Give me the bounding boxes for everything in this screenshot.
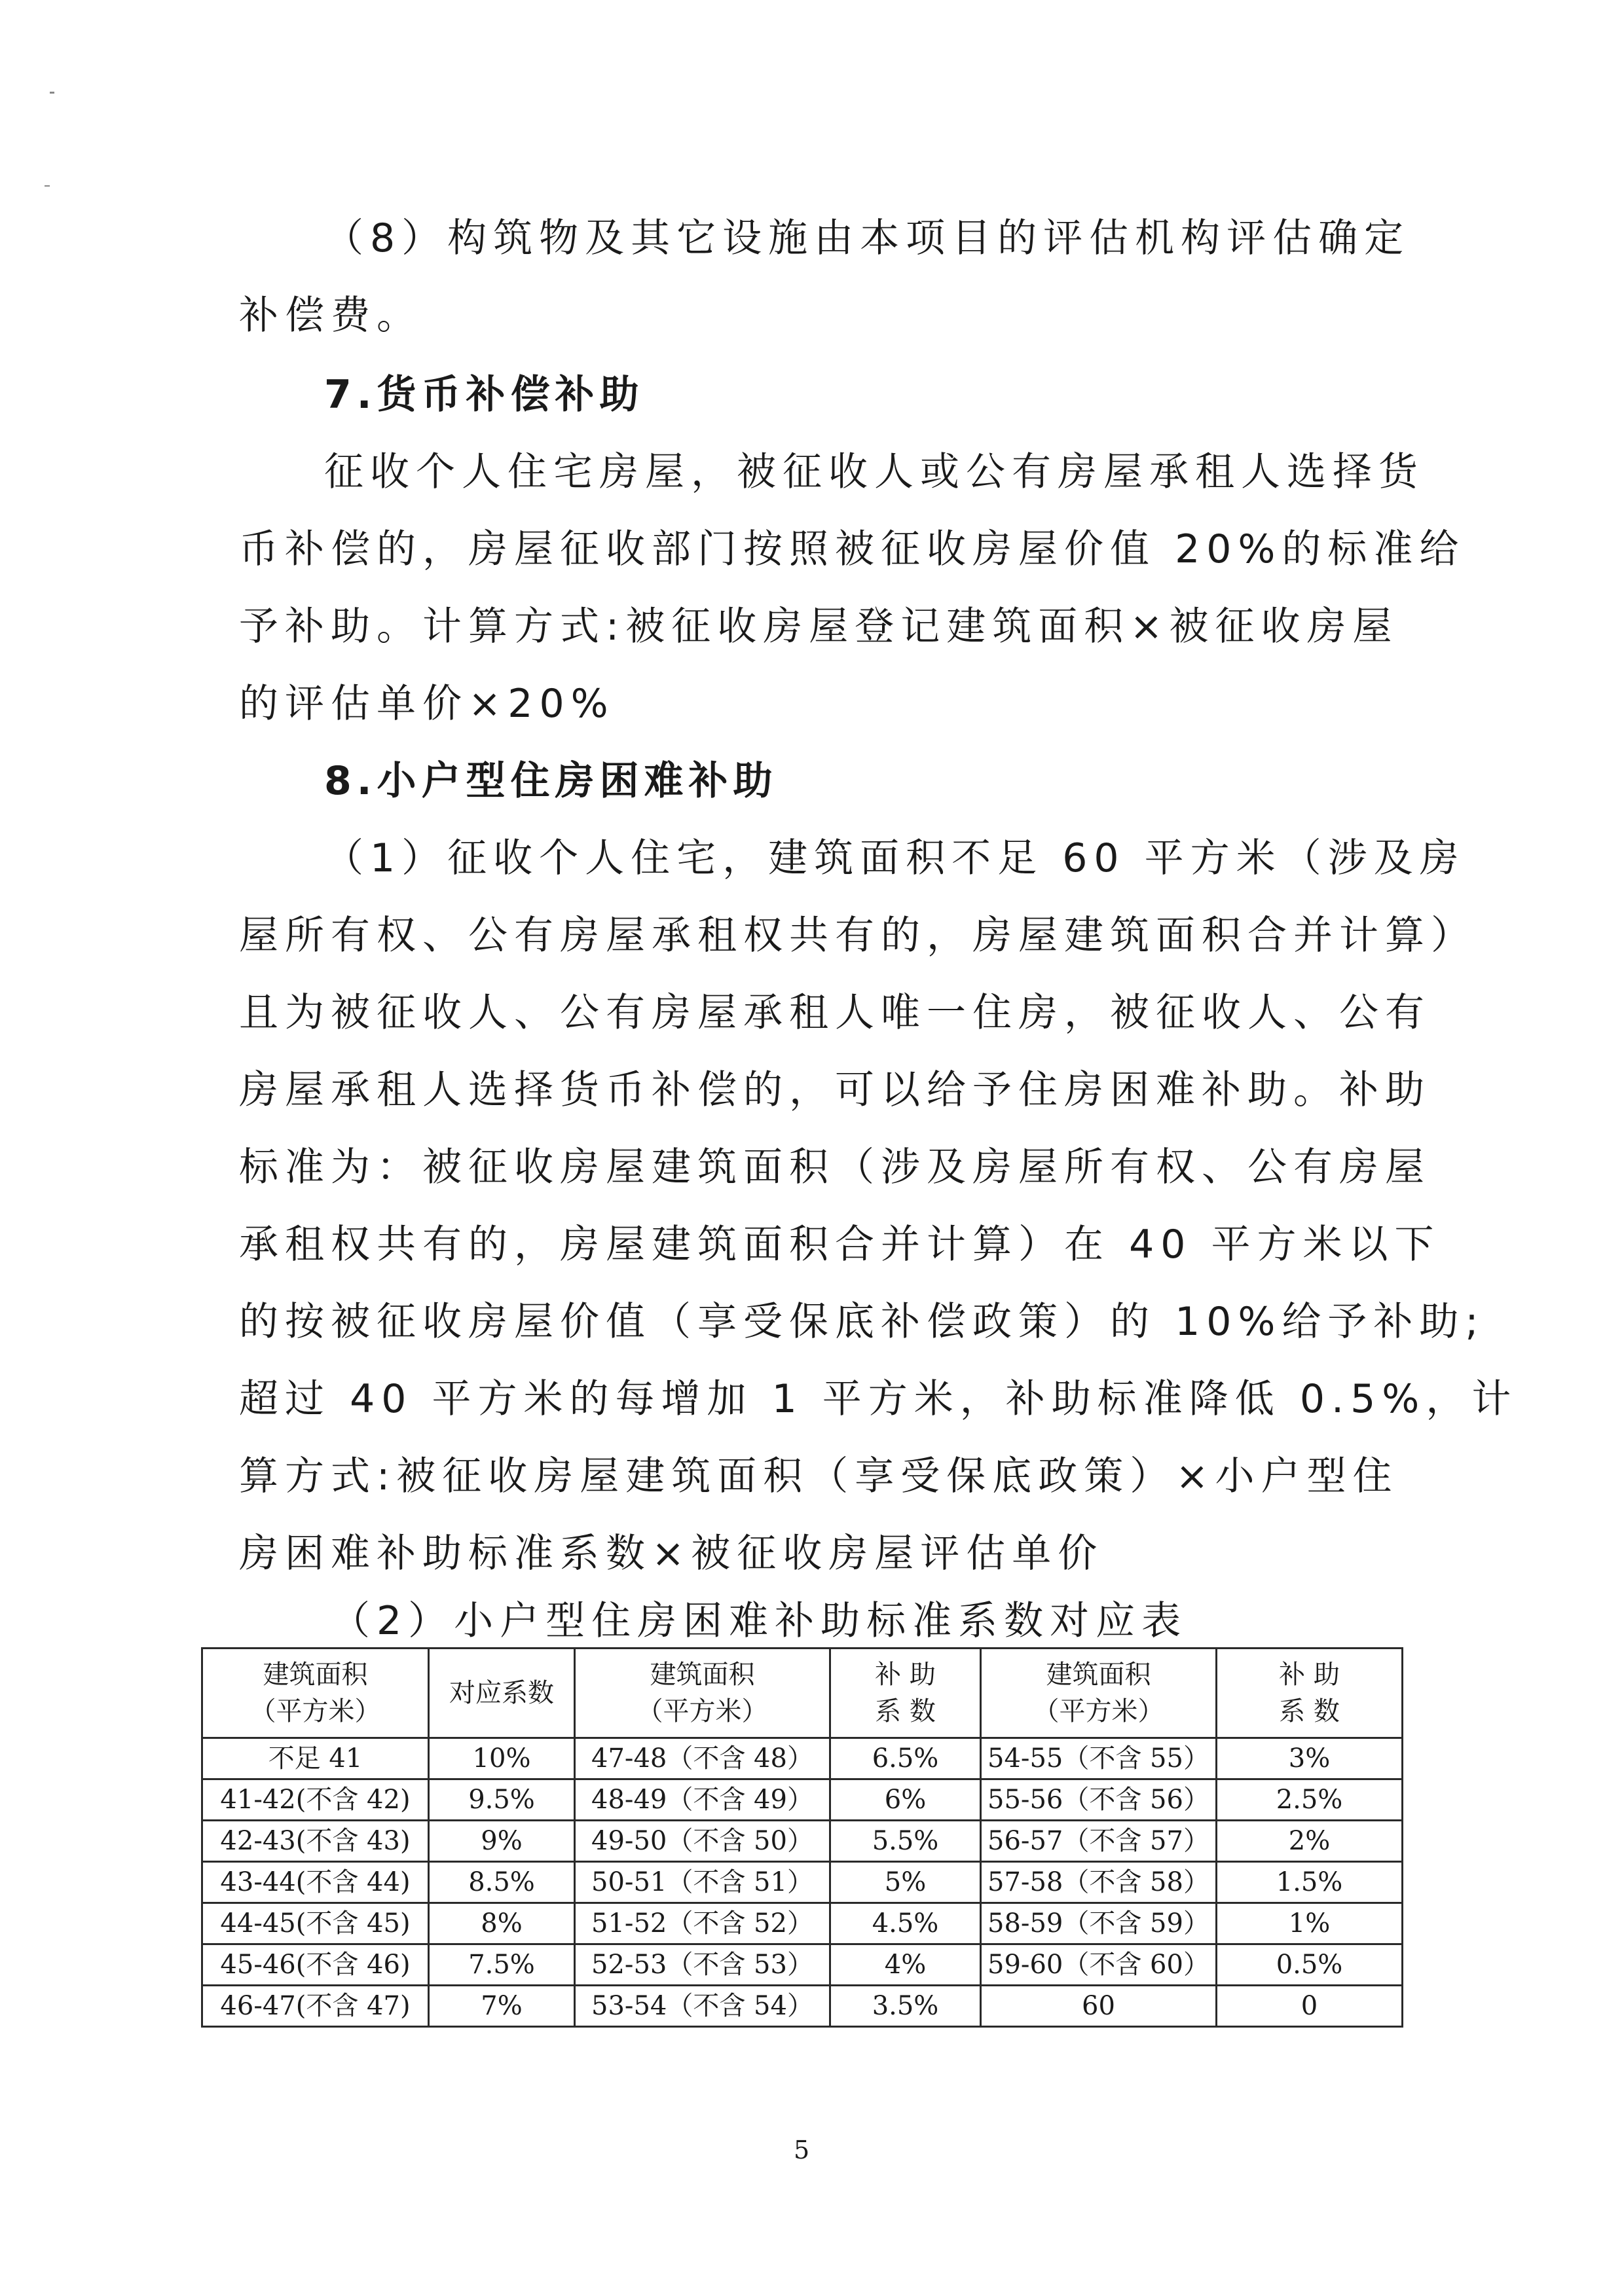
table-cell: 10% xyxy=(429,1738,575,1779)
table-cell: 8% xyxy=(429,1903,575,1944)
table-cell: 4% xyxy=(830,1944,981,1986)
header-line: （平方米） xyxy=(982,1693,1215,1730)
table-cell: 59-60（不含 60） xyxy=(981,1944,1217,1986)
header-line: 系 数 xyxy=(1217,1693,1401,1730)
table-cell: 6% xyxy=(830,1779,981,1821)
paragraph-line: 予补助。计算方式:被征收房屋登记建筑面积×被征收房屋 xyxy=(239,603,1378,650)
paragraph-line: 标准为：被征收房屋建筑面积（涉及房屋所有权、公有房屋 xyxy=(239,1144,1378,1191)
paragraph-line: 且为被征收人、公有房屋承租人唯一住房，被征收人、公有 xyxy=(239,989,1378,1036)
table-cell: 4.5% xyxy=(830,1903,981,1944)
table-cell: 51-52（不含 52） xyxy=(575,1903,830,1944)
header-line: 建筑面积 xyxy=(576,1656,829,1693)
header-area-2: 建筑面积 （平方米） xyxy=(575,1649,830,1738)
table-cell: 3% xyxy=(1217,1738,1403,1779)
paragraph-line: （8）构筑物及其它设施由本项目的评估机构评估确定 xyxy=(324,215,1378,262)
table-row: 45-46(不含 46) 7.5% 52-53（不含 53） 4% 59-60（… xyxy=(202,1944,1403,1986)
table-cell: 52-53（不含 53） xyxy=(575,1944,830,1986)
table-cell: 2.5% xyxy=(1217,1779,1403,1821)
table-cell: 57-58（不含 58） xyxy=(981,1862,1217,1903)
table-cell: 46-47(不含 47) xyxy=(202,1986,429,2027)
header-line: 建筑面积 xyxy=(203,1656,428,1693)
header-coefficient-2: 补 助 系 数 xyxy=(830,1649,981,1738)
subsidy-coefficient-table: 建筑面积 （平方米） 对应系数 建筑面积 （平方米） 补 助 系 数 建筑面积 … xyxy=(201,1647,1403,2028)
header-area-1: 建筑面积 （平方米） xyxy=(202,1649,429,1738)
paragraph-line: 房困难补助标准系数×被征收房屋评估单价 xyxy=(239,1530,1378,1577)
table-row: 43-44(不含 44) 8.5% 50-51（不含 51） 5% 57-58（… xyxy=(202,1862,1403,1903)
paragraph-line: 屋所有权、公有房屋承租权共有的，房屋建筑面积合并计算） xyxy=(239,912,1378,959)
header-line: 补 助 xyxy=(831,1656,980,1693)
header-line: 系 数 xyxy=(831,1693,980,1730)
document-page: （8）构筑物及其它设施由本项目的评估机构评估确定 补偿费。 7.货币补偿补助 征… xyxy=(0,0,1624,2296)
table-cell: 56-57（不含 57） xyxy=(981,1821,1217,1862)
paragraph-line: 超过 40 平方米的每增加 1 平方米，补助标准降低 0.5%，计 xyxy=(239,1376,1378,1423)
scan-artifact xyxy=(45,185,50,187)
table-cell: 1.5% xyxy=(1217,1862,1403,1903)
scan-artifact xyxy=(50,92,54,94)
table-cell: 5% xyxy=(830,1862,981,1903)
paragraph-line: 币补偿的，房屋征收部门按照被征收房屋价值 20%的标准给 xyxy=(239,526,1378,573)
table-row: 41-42(不含 42) 9.5% 48-49（不含 49） 6% 55-56（… xyxy=(202,1779,1403,1821)
paragraph-line: 算方式:被征收房屋建筑面积（享受保底政策）×小户型住 xyxy=(239,1453,1378,1500)
table-title: （2）小户型住房困难补助标准系数对应表 xyxy=(331,1597,1187,1645)
table-cell: 5.5% xyxy=(830,1821,981,1862)
paragraph-line: 的按被征收房屋价值（享受保底补偿政策）的 10%给予补助; xyxy=(239,1298,1378,1345)
table-cell: 49-50（不含 50） xyxy=(575,1821,830,1862)
table-cell: 8.5% xyxy=(429,1862,575,1903)
table-cell: 9.5% xyxy=(429,1779,575,1821)
table-cell: 58-59（不含 59） xyxy=(981,1903,1217,1944)
table-cell: 44-45(不含 45) xyxy=(202,1903,429,1944)
section-heading-8: 8.小户型住房困难补助 xyxy=(324,757,778,805)
paragraph-line: 房屋承租人选择货币补偿的，可以给予住房困难补助。补助 xyxy=(239,1066,1378,1114)
table-cell: 不足 41 xyxy=(202,1738,429,1779)
header-line: 对应系数 xyxy=(430,1675,574,1711)
table-cell: 53-54（不含 54） xyxy=(575,1986,830,2027)
table-cell: 7% xyxy=(429,1986,575,2027)
paragraph-line: 征收个人住宅房屋，被征收人或公有房屋承租人选择货 xyxy=(324,448,1378,496)
table-header-row: 建筑面积 （平方米） 对应系数 建筑面积 （平方米） 补 助 系 数 建筑面积 … xyxy=(202,1649,1403,1738)
paragraph-line: 的评估单价×20% xyxy=(239,680,1378,727)
header-coefficient-1: 对应系数 xyxy=(429,1649,575,1738)
table-row: 不足 41 10% 47-48（不含 48） 6.5% 54-55（不含 55）… xyxy=(202,1738,1403,1779)
table-cell: 43-44(不含 44) xyxy=(202,1862,429,1903)
table-cell: 45-46(不含 46) xyxy=(202,1944,429,1986)
table-cell: 48-49（不含 49） xyxy=(575,1779,830,1821)
header-line: （平方米） xyxy=(576,1693,829,1730)
table-cell: 55-56（不含 56） xyxy=(981,1779,1217,1821)
table-cell: 0 xyxy=(1217,1986,1403,2027)
header-line: （平方米） xyxy=(203,1693,428,1730)
table-cell: 1% xyxy=(1217,1903,1403,1944)
table-cell: 6.5% xyxy=(830,1738,981,1779)
table-cell: 7.5% xyxy=(429,1944,575,1986)
table-cell: 3.5% xyxy=(830,1986,981,2027)
header-line: 补 助 xyxy=(1217,1656,1401,1693)
table-row: 46-47(不含 47) 7% 53-54（不含 54） 3.5% 60 0 xyxy=(202,1986,1403,2027)
header-line: 建筑面积 xyxy=(982,1656,1215,1693)
header-area-3: 建筑面积 （平方米） xyxy=(981,1649,1217,1738)
section-heading-7: 7.货币补偿补助 xyxy=(324,371,644,418)
header-coefficient-3: 补 助 系 数 xyxy=(1217,1649,1403,1738)
table-cell: 0.5% xyxy=(1217,1944,1403,1986)
table-cell: 41-42(不含 42) xyxy=(202,1779,429,1821)
paragraph-line: 补偿费。 xyxy=(239,292,1378,339)
table-cell: 9% xyxy=(429,1821,575,1862)
paragraph-line: 承租权共有的，房屋建筑面积合并计算）在 40 平方米以下 xyxy=(239,1221,1378,1268)
table-row: 42-43(不含 43) 9% 49-50（不含 50） 5.5% 56-57（… xyxy=(202,1821,1403,1862)
table-cell: 54-55（不含 55） xyxy=(981,1738,1217,1779)
table-cell: 42-43(不含 43) xyxy=(202,1821,429,1862)
table-cell: 60 xyxy=(981,1986,1217,2027)
table-cell: 2% xyxy=(1217,1821,1403,1862)
paragraph-line: （1）征收个人住宅，建筑面积不足 60 平方米（涉及房 xyxy=(324,835,1378,882)
page-number: 5 xyxy=(794,2136,809,2164)
table-row: 44-45(不含 45) 8% 51-52（不含 52） 4.5% 58-59（… xyxy=(202,1903,1403,1944)
table-cell: 47-48（不含 48） xyxy=(575,1738,830,1779)
table-cell: 50-51（不含 51） xyxy=(575,1862,830,1903)
